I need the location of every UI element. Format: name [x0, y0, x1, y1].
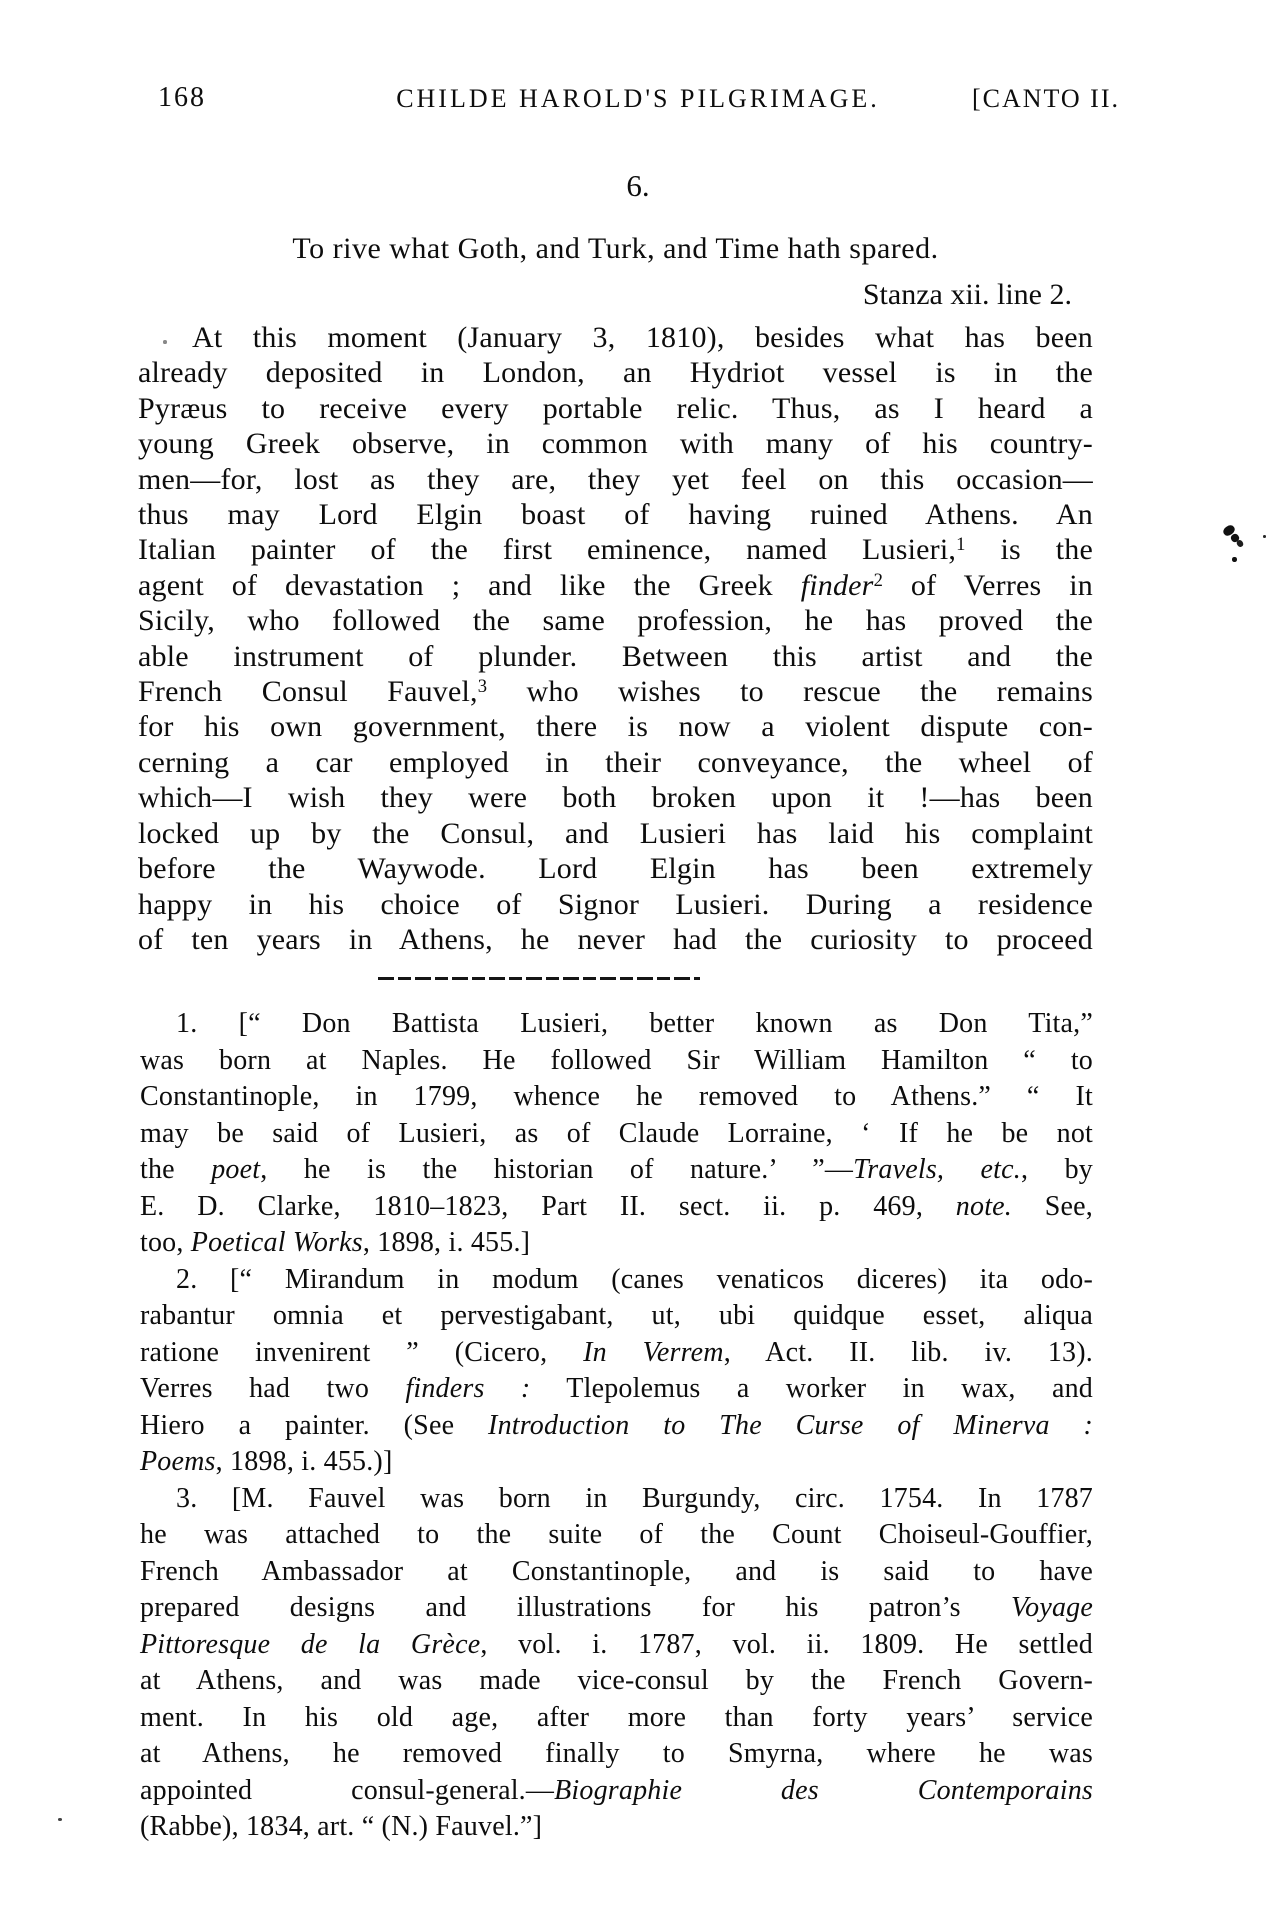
text-line: Pyræus to receive every portable relic. …	[138, 391, 1093, 426]
text-line: 2. [“ Mirandum in modum (canes venaticos…	[140, 1262, 1093, 1299]
text-line: Sicily, who followed the same profession…	[138, 603, 1093, 638]
text-line: already deposited in London, an Hydriot …	[138, 355, 1093, 390]
text-segment: Hiero a painter. (See	[140, 1410, 488, 1441]
text-segment: appointed consul-general.—	[140, 1775, 554, 1806]
italic-text-segment: Pittoresque de la Grèce	[140, 1629, 480, 1660]
text-segment: he was attached to the suite of the Coun…	[140, 1519, 1093, 1550]
text-line: Poems, 1898, i. 455.)]	[140, 1444, 1093, 1481]
text-line: too, Poetical Works, 1898, i. 455.]	[140, 1225, 1093, 1262]
text-segment: the	[140, 1154, 211, 1185]
ink-speck	[1263, 535, 1266, 538]
text-segment: , he is the historian of nature.’ ”—	[260, 1154, 853, 1185]
footnote-1: 1. [“ Don Battista Lusieri, better known…	[140, 1006, 1093, 1262]
text-segment: ratione invenirent ” (Cicero,	[140, 1337, 583, 1368]
text-line: 3. [M. Fauvel was born in Burgundy, circ…	[140, 1481, 1093, 1518]
text-line: Italian painter of the first eminence, n…	[138, 532, 1093, 567]
text-segment: French Ambassador at Constantinople, and…	[140, 1556, 1093, 1587]
italic-text-segment: Travels, etc.	[853, 1154, 1021, 1185]
italic-text-segment: note.	[956, 1191, 1012, 1222]
text-line: of ten years in Athens, he never had the…	[138, 922, 1093, 957]
text-line: was born at Naples. He followed Sir Will…	[140, 1043, 1093, 1080]
text-line: which—I wish they were both broken upon …	[138, 780, 1093, 815]
text-segment: See,	[1012, 1191, 1093, 1222]
italic-text-segment: Poems	[140, 1446, 216, 1477]
text-segment: is the	[966, 533, 1093, 566]
text-segment: already deposited in London, an Hydriot …	[138, 356, 1093, 389]
text-segment: locked up by the Consul, and Lusieri has…	[138, 817, 1093, 850]
text-line: may be said of Lusieri, as of Claude Lor…	[140, 1116, 1093, 1153]
text-segment: who wishes to rescue the remains	[487, 675, 1093, 708]
ink-speck	[163, 340, 167, 344]
running-header: 168 CHILDE HAROLD'S PILGRIMAGE. [CANTO I…	[0, 80, 1276, 114]
text-line: prepared designs and illustrations for h…	[140, 1590, 1093, 1627]
text-segment: 2. [“ Mirandum in modum (canes venaticos…	[176, 1264, 1093, 1295]
text-line: French Consul Fauvel,3 who wishes to res…	[138, 674, 1093, 709]
text-segment: , 1898, i. 455.)]	[216, 1446, 393, 1477]
text-line: at Athens, he removed finally to Smyrna,…	[140, 1736, 1093, 1773]
text-line: for his own government, there is now a v…	[138, 709, 1093, 744]
text-segment: , 1898, i. 455.]	[363, 1227, 530, 1258]
text-segment: for his own government, there is now a v…	[138, 710, 1093, 743]
text-segment: before the Waywode. Lord Elgin has been …	[138, 852, 1093, 885]
epigraph-line: To rive what Goth, and Turk, and Time ha…	[138, 232, 1093, 266]
text-segment: Italian painter of the first eminence, n…	[138, 533, 956, 566]
text-segment: of ten years in Athens, he never had the…	[138, 923, 1093, 956]
text-segment: , Act. II. lib. iv. 13).	[724, 1337, 1093, 1368]
text-segment: prepared designs and illustrations for h…	[140, 1592, 1011, 1623]
text-segment: too,	[140, 1227, 191, 1258]
text-line: agent of devastation ; and like the Gree…	[138, 568, 1093, 603]
text-segment: French Consul Fauvel,	[138, 675, 478, 708]
text-line: thus may Lord Elgin boast of having ruin…	[138, 497, 1093, 532]
text-segment: , vol. i. 1787, vol. ii. 1809. He settle…	[480, 1629, 1093, 1660]
text-line: At this moment (January 3, 1810), beside…	[138, 320, 1093, 355]
text-segment: of Verres in	[883, 569, 1093, 602]
text-line: rabantur omnia et pervestigabant, ut, ub…	[140, 1298, 1093, 1335]
footnote-2: 2. [“ Mirandum in modum (canes venaticos…	[140, 1262, 1093, 1481]
italic-text-segment: Introduction to The Curse of Minerva :	[488, 1410, 1093, 1441]
text-segment: happy in his choice of Signor Lusieri. D…	[138, 888, 1093, 921]
text-segment: able instrument of plunder. Between this…	[138, 640, 1093, 673]
epigraph-attribution: Stanza xii. line 2.	[138, 278, 1072, 312]
italic-text-segment: poet	[211, 1154, 260, 1185]
text-segment: cerning a car employed in their conveyan…	[138, 746, 1093, 779]
text-segment: Verres had two	[140, 1373, 405, 1404]
text-line: French Ambassador at Constantinople, and…	[140, 1554, 1093, 1591]
section-number: 6.	[0, 168, 1276, 204]
book-page: 168 CHILDE HAROLD'S PILGRIMAGE. [CANTO I…	[0, 0, 1276, 1909]
text-line: E. D. Clarke, 1810–1823, Part II. sect. …	[140, 1189, 1093, 1226]
text-segment: 3. [M. Fauvel was born in Burgundy, circ…	[176, 1483, 1093, 1514]
text-segment: ment. In his old age, after more than fo…	[140, 1702, 1093, 1733]
italic-text-segment: Biographie des Contemporains	[554, 1775, 1093, 1806]
ink-speck	[58, 1818, 62, 1821]
text-line: able instrument of plunder. Between this…	[138, 639, 1093, 674]
text-line: at Athens, and was made vice-consul by t…	[140, 1663, 1093, 1700]
text-segment: Constantinople, in 1799, whence he remov…	[140, 1081, 1093, 1112]
text-segment: rabantur omnia et pervestigabant, ut, ub…	[140, 1300, 1093, 1331]
text-segment: Pyræus to receive every portable relic. …	[138, 392, 1093, 425]
text-segment: At this moment (January 3, 1810), beside…	[192, 321, 1093, 354]
ink-speck	[1232, 557, 1237, 562]
text-line: locked up by the Consul, and Lusieri has…	[138, 816, 1093, 851]
text-segment: , by	[1021, 1154, 1093, 1185]
italic-text-segment: Poetical Works	[191, 1227, 363, 1258]
body-paragraph: At this moment (January 3, 1810), beside…	[138, 320, 1093, 957]
footnotes-section: 1. [“ Don Battista Lusieri, better known…	[140, 1006, 1093, 1846]
text-line: he was attached to the suite of the Coun…	[140, 1517, 1093, 1554]
text-line: ment. In his old age, after more than fo…	[140, 1700, 1093, 1737]
text-segment: young Greek observe, in common with many…	[138, 427, 1093, 460]
text-segment: agent of devastation ; and like the Gree…	[138, 569, 801, 602]
footnote-reference: 3	[478, 676, 488, 697]
text-segment: Tlepolemus a worker in wax, and	[530, 1373, 1093, 1404]
italic-text-segment: Voyage	[1011, 1592, 1093, 1623]
text-segment: 1. [“ Don Battista Lusieri, better known…	[176, 1008, 1093, 1039]
text-segment: men—for, lost as they are, they yet feel…	[138, 463, 1093, 496]
italic-text-segment: In Verrem	[583, 1337, 724, 1368]
text-segment: may be said of Lusieri, as of Claude Lor…	[140, 1118, 1093, 1149]
text-segment: E. D. Clarke, 1810–1823, Part II. sect. …	[140, 1191, 956, 1222]
text-line: (Rabbe), 1834, art. “ (N.) Fauvel.”]	[140, 1809, 1093, 1846]
ink-speck	[1236, 539, 1245, 548]
text-line: happy in his choice of Signor Lusieri. D…	[138, 887, 1093, 922]
text-segment: (Rabbe), 1834, art. “ (N.) Fauvel.”]	[140, 1811, 542, 1842]
text-line: Constantinople, in 1799, whence he remov…	[140, 1079, 1093, 1116]
italic-text-segment: finder	[801, 569, 874, 602]
text-segment: Sicily, who followed the same profession…	[138, 604, 1093, 637]
italic-text-segment: finders :	[405, 1373, 530, 1404]
text-segment: was born at Naples. He followed Sir Will…	[140, 1045, 1093, 1076]
text-line: Hiero a painter. (See Introduction to Th…	[140, 1408, 1093, 1445]
footnote-divider	[378, 977, 700, 980]
text-line: young Greek observe, in common with many…	[138, 426, 1093, 461]
text-line: men—for, lost as they are, they yet feel…	[138, 462, 1093, 497]
text-line: Verres had two finders : Tlepolemus a wo…	[140, 1371, 1093, 1408]
canto-label: [CANTO II.	[972, 84, 1120, 114]
text-line: 1. [“ Don Battista Lusieri, better known…	[140, 1006, 1093, 1043]
footnote-reference: 1	[956, 534, 966, 555]
text-line: the poet, he is the historian of nature.…	[140, 1152, 1093, 1189]
text-line: appointed consul-general.—Biographie des…	[140, 1773, 1093, 1810]
text-segment: thus may Lord Elgin boast of having ruin…	[138, 498, 1093, 531]
text-segment: which—I wish they were both broken upon …	[138, 781, 1093, 814]
text-segment: at Athens, he removed finally to Smyrna,…	[140, 1738, 1093, 1769]
text-line: ratione invenirent ” (Cicero, In Verrem,…	[140, 1335, 1093, 1372]
text-line: before the Waywode. Lord Elgin has been …	[138, 851, 1093, 886]
text-line: cerning a car employed in their conveyan…	[138, 745, 1093, 780]
text-line: Pittoresque de la Grèce, vol. i. 1787, v…	[140, 1627, 1093, 1664]
footnote-3: 3. [M. Fauvel was born in Burgundy, circ…	[140, 1481, 1093, 1846]
text-segment: at Athens, and was made vice-consul by t…	[140, 1665, 1093, 1696]
footnote-reference: 2	[874, 570, 884, 591]
